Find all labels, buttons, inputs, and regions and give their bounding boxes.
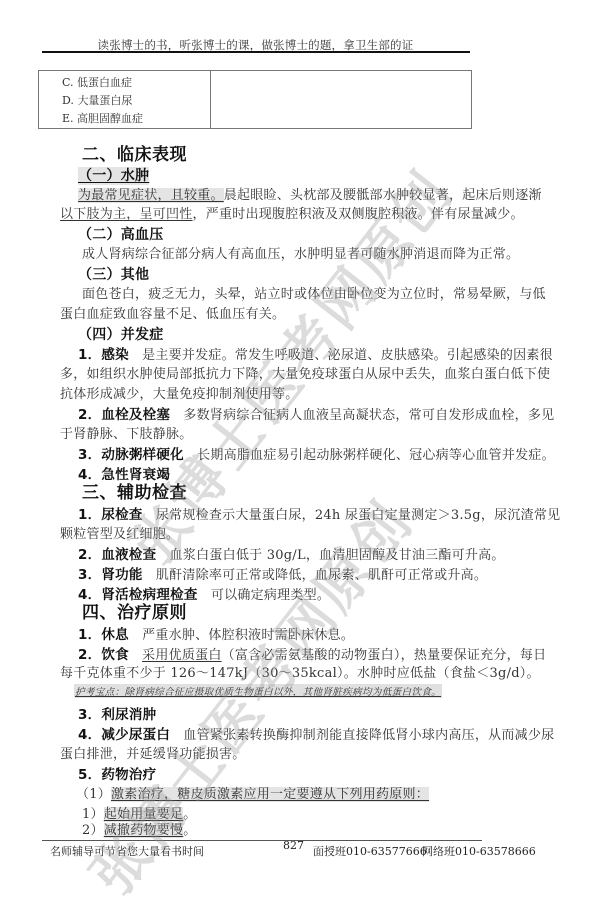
highlighted-text: 为最常见症状，且较重。 [78,188,224,203]
item-number: 4． [78,467,101,483]
complication-atherosclerosis: 3．动脉粥样硬化 长期高脂血症易引起动脉粥样硬化、冠心病等心血管并发症。 [78,446,555,465]
footer-tagline: 名师辅导可节省您大量看书时间 [50,843,204,859]
treatment-proteinuria-line-1: 4．减少尿蛋白 血管紧张素转换酶抑制剂能直接降低肾小球内高压，从而减少尿 [78,726,554,745]
option-text: 大量蛋白尿 [77,94,132,107]
item-number: 4． [78,727,101,743]
option-letter: C. [62,76,74,89]
section-title-clinical: 二、临床表现 [82,146,187,164]
body-text: 血管紧张素转换酶抑制剂能直接降低肾小球内高压，从而减少尿 [183,728,554,743]
item-label: 药物治疗 [101,767,156,783]
item-label: 急性肾衰竭 [101,467,170,483]
options-list: C. 低蛋白血症 D. 大量蛋白尿 E. 高胆固醇血症 [62,74,143,128]
other-line-2: 蛋白血症致血容量不足、低血压有关。 [60,306,285,324]
body-text: ，严重时出现腹腔积液及双侧腹腔积液。伴有尿量减少。 [193,207,524,222]
page-number: 827 [283,839,304,852]
footer-rule [42,840,482,841]
option-d: D. 大量蛋白尿 [62,92,143,110]
treatment-diuresis: 3．利尿消肿 [78,706,156,725]
treatment-rest: 1．休息 严重水肿、体腔积液时需卧床休息。 [78,626,354,645]
option-letter: D. [62,94,74,107]
item-number: 1． [78,347,101,363]
option-letter: E. [62,112,74,125]
other-line-1: 面色苍白，疲乏无力，头晕，站立时或体位由卧位变为立位时，常易晕厥，与低 [82,286,546,304]
option-text: 低蛋白血症 [77,76,132,89]
item-number: 1． [78,507,101,523]
list-prefix: （1） [76,787,111,802]
complication-infection-line-1: 1．感染 是主要并发症。常发生呼吸道、泌尿道、皮肤感染。引起感染的因素很 [78,346,553,365]
item-label: 休息 [101,627,129,643]
subsection-title-other: （三）其他 [78,266,149,284]
underlined-text: 以下肢为主，呈可凹性 [60,207,193,222]
punctuation: 。 [183,807,196,822]
drugs-steroid-principle: （1）激素治疗，糖皮质激素应用一定要遵从下列用药原则： [76,786,429,804]
complication-infection-line-3: 抗体形成减少，大量免疫抑制剂使用等。 [60,386,299,404]
option-e: E. 高胆固醇血症 [62,110,143,128]
question-options-table: C. 低蛋白血症 D. 大量蛋白尿 E. 高胆固醇血症 [38,70,472,129]
body-text: 尿常规检查示大量蛋白尿，24h 尿蛋白定量测定＞3.5g，尿沉渣常见 [156,508,561,523]
item-label: 减少尿蛋白 [101,727,170,743]
body-text: 严重水肿、体腔积液时需卧床休息。 [142,628,354,643]
item-number: 2． [78,547,101,563]
body-text: 晨起眼睑、头枕部及腰骶部水肿较显著，起床后则逐渐 [224,188,542,203]
item-label: 肾功能 [101,567,142,583]
item-number: 5． [78,767,101,783]
option-c: C. 低蛋白血症 [62,74,143,92]
item-label: 饮食 [101,647,129,663]
body-text: 肌酐清除率可正常或降低，血尿素、肌酐可正常或升高。 [156,568,487,583]
footer-face-class-phone: 面授班010-63577666 [313,843,427,859]
exam-urine-line-1: 1．尿检查 尿常规检查示大量蛋白尿，24h 尿蛋白定量测定＞3.5g，尿沉渣常见 [78,506,560,525]
footer-online-class-phone: 网络班010-63578666 [422,843,536,859]
header-rule [42,51,470,53]
complication-infection-line-2: 多，如组织水肿使局部抵抗力下降，大量免疫球蛋白从尿中丢失，血浆白蛋白低下使 [60,366,550,384]
subsection-title-edema: （一）水肿 [78,167,149,185]
body-text: 多数肾病综合征病人血液呈高凝状态，常可自发形成血栓，多见 [183,408,554,423]
item-number: 1． [78,627,101,643]
body-text: 长期高脂血症易引起动脉粥样硬化、冠心病等心血管并发症。 [197,448,555,463]
hypertension-text: 成人肾病综合征部分病人有高血压，水肿明显者可随水肿消退而降为正常。 [82,246,519,264]
highlighted-text: 减撤药物要慢 [104,823,184,838]
item-number: 3． [78,707,101,723]
item-number: 3． [78,447,101,463]
item-number: 2． [78,647,101,663]
item-number: 3． [78,567,101,583]
treatment-drugs: 5．药物治疗 [78,766,156,785]
table-column-divider [210,71,211,128]
punctuation: 。 [183,823,196,838]
treatment-diet-line-1: 2．饮食 采用优质蛋白（富含必需氨基酸的动物蛋白），热量要保证充分，每日 [78,646,546,665]
highlighted-text: 激素治疗，糖皮质激素应用一定要遵从下列用药原则： [111,787,429,802]
treatment-proteinuria-line-2: 蛋白排泄，并延缓肾功能损害。 [60,746,246,764]
complication-thrombosis-line-1: 2．血栓及栓塞 多数肾病综合征病人血液呈高凝状态，常可自发形成血栓，多见 [78,406,554,425]
underlined-text: 采用优质蛋白 [142,648,222,663]
body-text: 可以确定病理类型。 [211,588,330,603]
item-number: 4． [78,587,101,603]
item-label: 血栓及栓塞 [101,407,170,423]
treatment-diet-line-2: 每千克体重不少于 126～147kJ（30～35kcal）。水肿时应低盐（食盐＜… [60,665,540,683]
subsection-title-hypertension: （二）高血压 [78,226,164,244]
subsection-title-complications: （四）并发症 [78,326,164,344]
body-text: 血浆白蛋白低于 30g/L，血清胆固醇及甘油三酯可升高。 [170,548,505,563]
option-text: 高胆固醇血症 [77,112,143,125]
document-page: 读张博士的书，听张博士的课，做张博士的题，拿卫生部的证 C. 低蛋白血症 D. … [0,0,600,912]
section-title-treatment: 四、治疗原则 [82,604,187,622]
edema-line-1: 为最常见症状，且较重。晨起眼睑、头枕部及腰骶部水肿较显著，起床后则逐渐 [78,187,542,205]
item-label: 血液检查 [101,547,156,563]
drugs-principle-2: 2）减撤药物要慢。 [82,822,197,840]
section-title-auxiliary-exam: 三、辅助检查 [82,484,187,502]
exam-renal-function: 3．肾功能 肌酐清除率可正常或降低，血尿素、肌酐可正常或升高。 [78,566,487,585]
complication-thrombosis-line-2: 于肾静脉、下肢静脉。 [60,426,193,444]
item-label: 利尿消肿 [101,707,156,723]
exam-urine-line-2: 颗粒管型及红细胞。 [60,526,179,544]
item-number: 2． [78,407,101,423]
edema-line-2: 以下肢为主，呈可凹性，严重时出现腹腔积液及双侧腹腔积液。伴有尿量减少。 [60,206,524,224]
item-label: 肾活检病理检查 [101,587,197,603]
exam-blood: 2．血液检查 血浆白蛋白低于 30g/L，血清胆固醇及甘油三酯可升高。 [78,546,505,565]
body-text: 是主要并发症。常发生呼吸道、泌尿道、皮肤感染。引起感染的因素很 [142,348,553,363]
list-prefix: 1） [82,807,104,822]
exam-tip-note: 护考宝点：除肾病综合征应摄取优质生物蛋白以外，其他肾脏疾病均为低蛋白饮食。 [74,684,442,698]
highlighted-text: 起始用量要足 [104,807,184,822]
body-text: （富含必需氨基酸的动物蛋白），热量要保证充分，每日 [222,648,547,663]
item-label: 动脉粥样硬化 [101,447,184,463]
item-label: 尿检查 [101,507,142,523]
list-prefix: 2） [82,823,104,838]
item-label: 感染 [101,347,129,363]
